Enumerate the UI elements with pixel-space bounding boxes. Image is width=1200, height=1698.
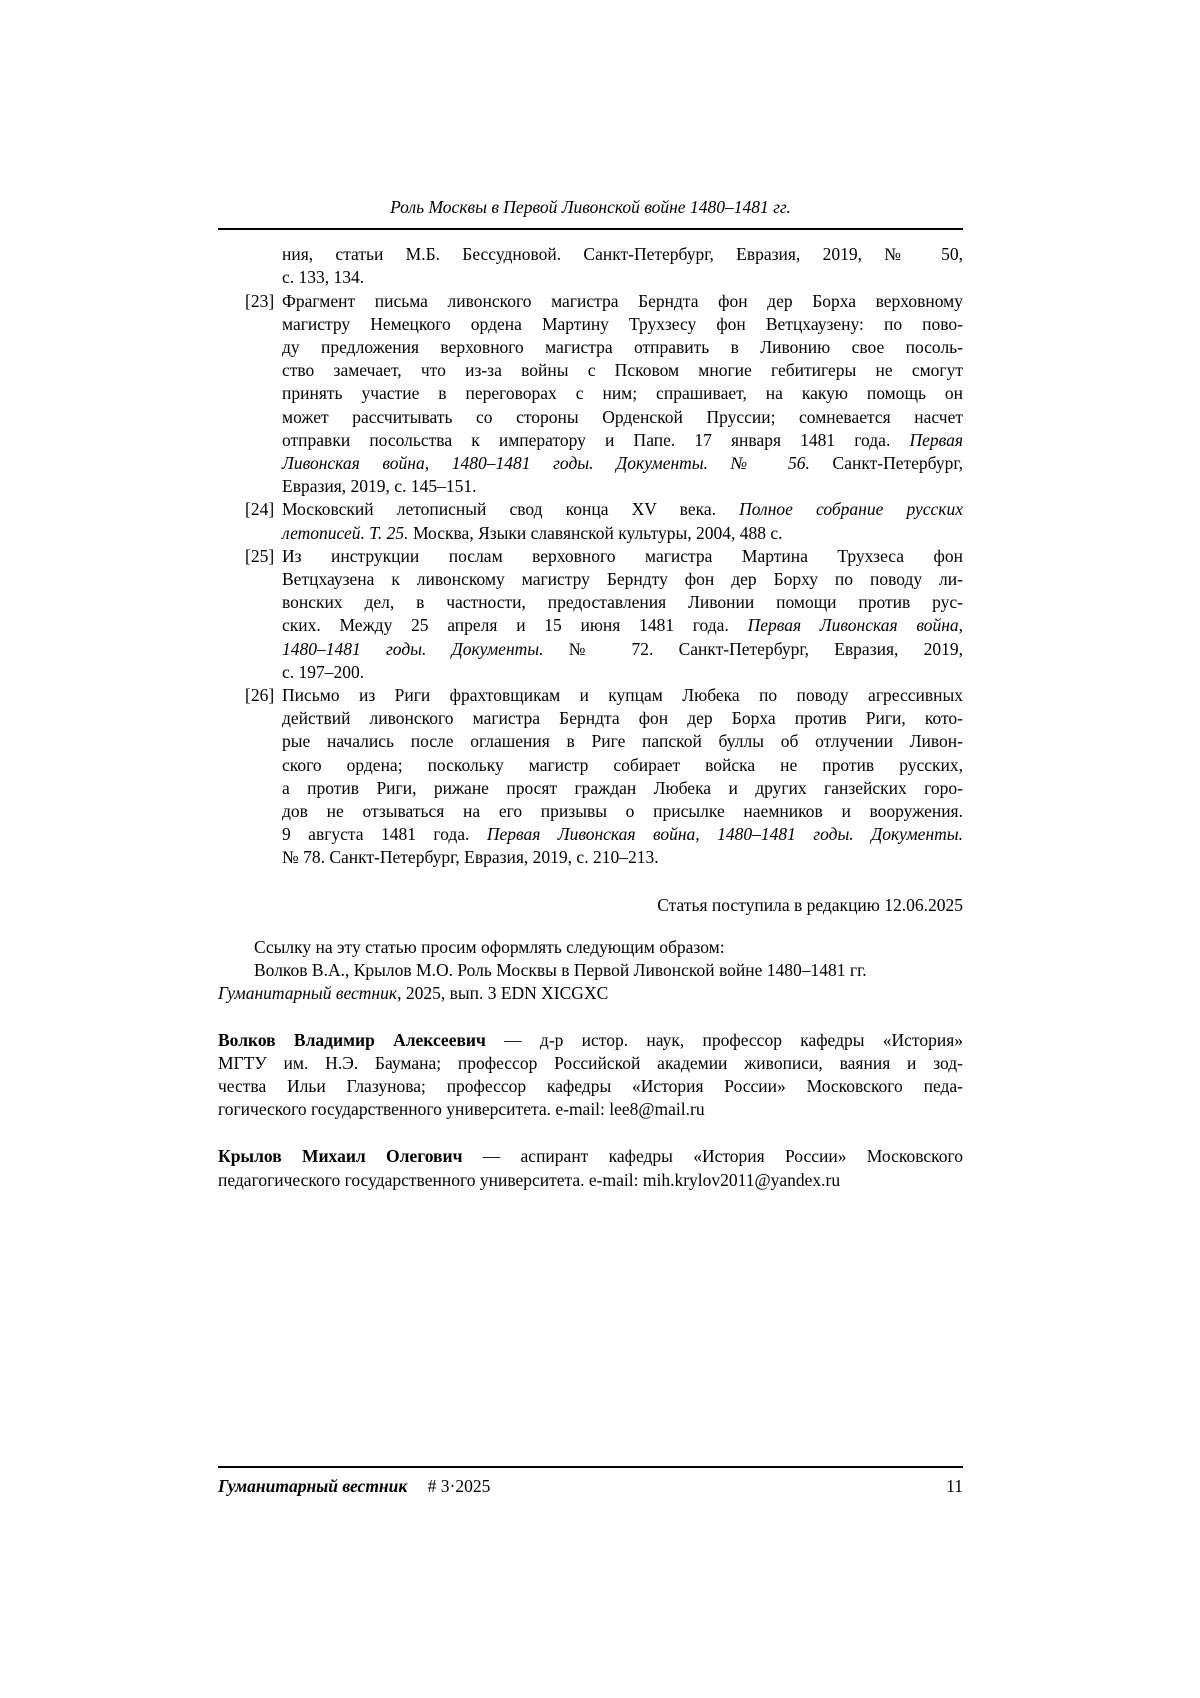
text-line: Волков В.А., Крылов М.О. Роль Москвы в П… — [218, 959, 963, 982]
text-line: принять участие в переговорах с ним; спр… — [282, 382, 963, 405]
reference-label: [26] — [245, 684, 274, 707]
text-line: а против Риги, рижане просят граждан Люб… — [282, 777, 963, 800]
text-run: дов не отзываться на его призывы о присы… — [282, 801, 963, 821]
text-line: ство замечает, что из-за войны с Псковом… — [282, 359, 963, 382]
text-run: вонских дел, в частности, предоставления… — [282, 592, 963, 612]
text-run: гогического государственного университет… — [218, 1099, 705, 1119]
text-line: Из инструкции послам верховного магистра… — [282, 545, 963, 568]
text-run: № 78. Санкт-Петербург, Евразия, 2019, с.… — [282, 847, 659, 867]
text-run: действий ливонского магистра Берндта фон… — [282, 708, 963, 728]
received-date-line: Статья поступила в редакцию 12.06.2025 — [218, 894, 963, 917]
reference-entry: [23]Фрагмент письма ливонского магистра … — [218, 290, 963, 499]
author-bio-krylov: Крылов Михаил Олегович — аспирант кафедр… — [218, 1145, 963, 1191]
text-run: летописей. Т. 25. — [282, 523, 409, 543]
text-line: педагогического государственного универс… — [218, 1169, 963, 1192]
document-page: Роль Москвы в Первой Ливонской войне 148… — [0, 0, 1200, 1698]
text-line: может рассчитывать со стороны Орденской … — [282, 406, 963, 429]
text-line: Евразия, 2019, с. 145–151. — [282, 475, 963, 498]
text-run: 1480–1481 годы. Документы. — [282, 639, 544, 659]
text-run: — д-р истор. наук, профессор кафедры «Ис… — [486, 1030, 963, 1050]
text-run: Полное собрание русских — [739, 499, 963, 519]
text-line: Фрагмент письма ливонского магистра Берн… — [282, 290, 963, 313]
author-bio-volkov: Волков Владимир Алексеевич — д-р истор. … — [218, 1029, 963, 1122]
text-line: с. 133, 134. — [282, 266, 963, 289]
text-run: Фрагмент письма ливонского магистра Берн… — [282, 291, 963, 311]
text-run: ских. Между 25 апреля и 15 июня 1481 год… — [282, 615, 748, 635]
text-run: Евразия, 2019, с. 145–151. — [282, 476, 476, 496]
text-run: Ливонская война, 1480–1481 годы. Докумен… — [282, 453, 810, 473]
text-run: ского ордена; поскольку магистр собирает… — [282, 755, 963, 775]
text-line: ского ордена; поскольку магистр собирает… — [282, 754, 963, 777]
text-run: Первая — [909, 430, 963, 450]
text-line: Крылов Михаил Олегович — аспирант кафедр… — [218, 1145, 963, 1168]
text-run: Первая Ливонская война, 1480–1481 годы. … — [487, 824, 963, 844]
reference-entry: [24]Московский летописный свод конца XV … — [218, 498, 963, 544]
text-run: Санкт-Петербург, — [810, 453, 963, 473]
text-run: 9 августа 1481 года. — [282, 824, 487, 844]
text-line: рые начались после оглашения в Риге папс… — [282, 730, 963, 753]
text-line: Гуманитарный вестник, 2025, вып. 3 EDN X… — [218, 982, 963, 1005]
reference-label: [23] — [245, 290, 274, 313]
reference-label: [25] — [245, 545, 274, 568]
text-run: — аспирант кафедры «История России» Моск… — [462, 1146, 963, 1166]
reference-entry: [26]Письмо из Риги фрахтовщикам и купцам… — [218, 684, 963, 870]
text-line: летописей. Т. 25. Москва, Языки славянск… — [282, 522, 963, 545]
text-line: дов не отзываться на его призывы о присы… — [282, 800, 963, 823]
text-run: , 2025, вып. 3 EDN XICGXC — [397, 983, 608, 1003]
text-run: может рассчитывать со стороны Орденской … — [282, 407, 963, 427]
text-line: вонских дел, в частности, предоставления… — [282, 591, 963, 614]
footer-issue: # 3·2025 — [428, 1476, 491, 1496]
text-line: 1480–1481 годы. Документы. № 72. Санкт-П… — [282, 638, 963, 661]
page-content: Роль Москвы в Первой Ливонской войне 148… — [218, 0, 963, 1192]
citation-block: Ссылку на эту статью просим оформлять сл… — [218, 936, 963, 1006]
text-line: с. 197–200. — [282, 661, 963, 684]
text-run: магистру Немецкого ордена Мартину Трухзе… — [282, 314, 963, 334]
text-run: № 72. Санкт-Петербург, Евразия, 2019, — [544, 639, 964, 659]
text-line: ских. Между 25 апреля и 15 июня 1481 год… — [282, 614, 963, 637]
text-line: ния, статьи М.Б. Бессудновой. Санкт-Пете… — [282, 243, 963, 266]
text-line: Ссылку на эту статью просим оформлять сл… — [218, 936, 963, 959]
text-line: гогического государственного университет… — [218, 1098, 963, 1121]
running-title: Роль Москвы в Первой Ливонской войне 148… — [218, 196, 963, 219]
text-run: принять участие в переговорах с ним; спр… — [282, 383, 963, 403]
footer-journal-issue: Гуманитарный вестник # 3·2025 — [218, 1475, 490, 1498]
text-line: отправки посольства к императору и Папе.… — [282, 429, 963, 452]
text-line: магистру Немецкого ордена Мартину Трухзе… — [282, 313, 963, 336]
text-run: ство замечает, что из-за войны с Псковом… — [282, 360, 963, 380]
page-footer: Гуманитарный вестник # 3·2025 11 — [218, 1466, 963, 1498]
footer-journal-title: Гуманитарный вестник — [218, 1476, 407, 1496]
references-list: ния, статьи М.Б. Бессудновой. Санкт-Пете… — [218, 243, 963, 869]
text-run: Крылов Михаил Олегович — [218, 1146, 462, 1166]
text-line: действий ливонского магистра Берндта фон… — [282, 707, 963, 730]
text-run: ду предложения верховного магистра отпра… — [282, 337, 963, 357]
text-run: Волков Владимир Алексеевич — [218, 1030, 486, 1050]
text-run: Первая Ливонская война, — [748, 615, 963, 635]
text-line: Письмо из Риги фрахтовщикам и купцам Люб… — [282, 684, 963, 707]
text-line: ду предложения верховного магистра отпра… — [282, 336, 963, 359]
text-line: Волков Владимир Алексеевич — д-р истор. … — [218, 1029, 963, 1052]
text-run: с. 133, 134. — [282, 267, 364, 287]
page-number: 11 — [946, 1475, 963, 1498]
text-run: ния, статьи М.Б. Бессудновой. Санкт-Пете… — [282, 244, 963, 264]
text-run: Московский летописный свод конца XV века… — [282, 499, 739, 519]
text-line: Ливонская война, 1480–1481 годы. Докумен… — [282, 452, 963, 475]
text-line: 9 августа 1481 года. Первая Ливонская во… — [282, 823, 963, 846]
text-run: МГТУ им. Н.Э. Баумана; профессор Российс… — [218, 1053, 963, 1073]
text-run: с. 197–200. — [282, 662, 364, 682]
text-run: Ветцхаузена к ливонскому магистру Берндт… — [282, 569, 963, 589]
text-run: педагогического государственного универс… — [218, 1170, 840, 1190]
text-run: а против Риги, рижане просят граждан Люб… — [282, 778, 963, 798]
text-line: Московский летописный свод конца XV века… — [282, 498, 963, 521]
text-run: Из инструкции послам верховного магистра… — [282, 546, 963, 566]
text-run: чества Ильи Глазунова; профессор кафедры… — [218, 1076, 963, 1096]
text-line: № 78. Санкт-Петербург, Евразия, 2019, с.… — [282, 846, 963, 869]
text-run: отправки посольства к императору и Папе.… — [282, 430, 909, 450]
page-header: Роль Москвы в Первой Ливонской войне 148… — [218, 0, 963, 230]
text-line: Ветцхаузена к ливонскому магистру Берндт… — [282, 568, 963, 591]
text-run: Москва, Языки славянской культуры, 2004,… — [409, 523, 783, 543]
text-run: Гуманитарный вестник — [218, 983, 397, 1003]
text-run: Волков В.А., Крылов М.О. Роль Москвы в П… — [254, 960, 867, 980]
reference-entry: ния, статьи М.Б. Бессудновой. Санкт-Пете… — [218, 243, 963, 289]
reference-label: [24] — [245, 498, 274, 521]
text-run: Письмо из Риги фрахтовщикам и купцам Люб… — [282, 685, 963, 705]
text-run: Ссылку на эту статью просим оформлять сл… — [254, 937, 725, 957]
text-line: чества Ильи Глазунова; профессор кафедры… — [218, 1075, 963, 1098]
text-line: МГТУ им. Н.Э. Баумана; профессор Российс… — [218, 1052, 963, 1075]
text-run: рые начались после оглашения в Риге папс… — [282, 731, 963, 751]
reference-entry: [25]Из инструкции послам верховного маги… — [218, 545, 963, 684]
